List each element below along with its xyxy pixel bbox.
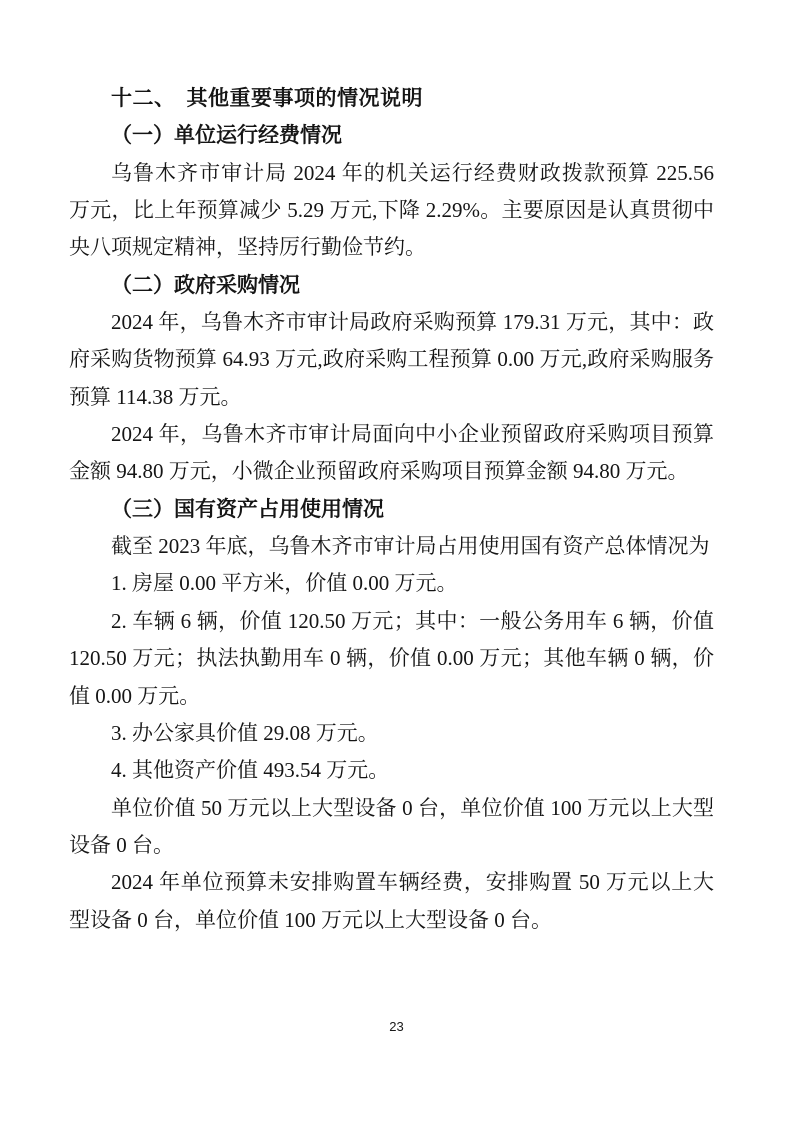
paragraph-operating-costs: 乌鲁木齐市审计局 2024 年的机关运行经费财政拨款预算 225.56 万元，比…: [69, 155, 714, 267]
paragraph-procurement-sme: 2024 年，乌鲁木齐市审计局面向中小企业预留政府采购项目预算金额 94.80 …: [69, 416, 714, 491]
section-heading: 十二、 其他重要事项的情况说明: [69, 80, 714, 117]
document-page: 十二、 其他重要事项的情况说明 （一）单位运行经费情况 乌鲁木齐市审计局 202…: [0, 0, 793, 1122]
paragraph-assets-housing: 1. 房屋 0.00 平方米，价值 0.00 万元。: [69, 565, 714, 602]
paragraph-assets-furniture: 3. 办公家具价值 29.08 万元。: [69, 715, 714, 752]
subsection-heading-operating-costs: （一）单位运行经费情况: [69, 117, 714, 154]
paragraph-large-equipment: 单位价值 50 万元以上大型设备 0 台，单位价值 100 万元以上大型设备 0…: [69, 790, 714, 865]
paragraph-assets-other: 4. 其他资产价值 493.54 万元。: [69, 752, 714, 789]
page-number: 23: [0, 1019, 793, 1034]
paragraph-assets-intro: 截至 2023 年底，乌鲁木齐市审计局占用使用国有资产总体情况为: [69, 528, 714, 565]
paragraph-assets-vehicles: 2. 车辆 6 辆，价值 120.50 万元；其中：一般公务用车 6 辆，价值 …: [69, 603, 714, 715]
subsection-heading-procurement: （二）政府采购情况: [69, 267, 714, 304]
document-body: 十二、 其他重要事项的情况说明 （一）单位运行经费情况 乌鲁木齐市审计局 202…: [69, 80, 714, 939]
paragraph-2024-purchase-plan: 2024 年单位预算未安排购置车辆经费，安排购置 50 万元以上大型设备 0 台…: [69, 864, 714, 939]
paragraph-procurement-budget: 2024 年，乌鲁木齐市审计局政府采购预算 179.31 万元，其中：政府采购货…: [69, 304, 714, 416]
subsection-heading-state-assets: （三）国有资产占用使用情况: [69, 491, 714, 528]
